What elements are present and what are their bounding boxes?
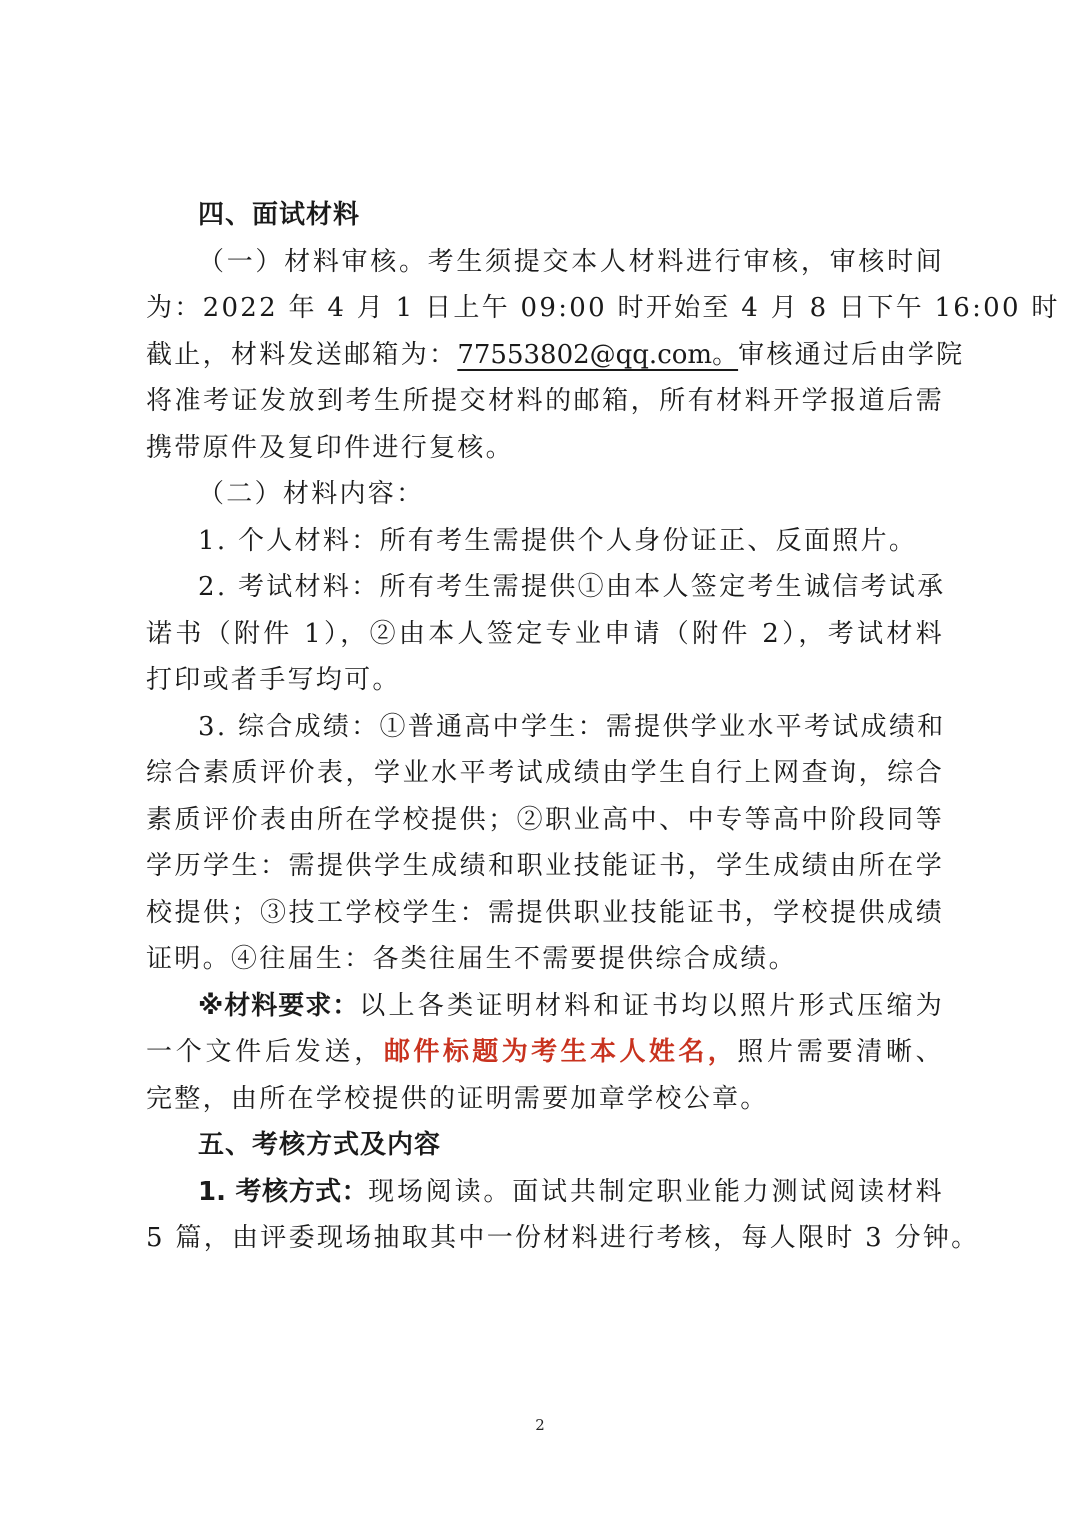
- document-page: 四、面试材料 （一）材料审核。考生须提交本人材料进行审核，审核时间 为：2022…: [0, 0, 1080, 1526]
- assessment-method-text: 现场阅读。面试共制定职业能力测试阅读材料: [368, 1177, 944, 1207]
- paragraph-material-review-line-4: 将准考证发放到考生所提交材料的邮箱，所有材料开学报道后需: [146, 378, 944, 425]
- page-number: 2: [0, 1416, 1080, 1434]
- section-4-heading: 四、面试材料: [146, 192, 944, 239]
- item-overall-score-line-6: 证明。④往届生：各类往届生不需要提供综合成绩。: [146, 936, 944, 983]
- item-overall-score-line-2: 综合素质评价表，学业水平考试成绩由学生自行上网查询，综合: [146, 750, 944, 797]
- requirement-label: ※材料要求：: [198, 991, 359, 1021]
- email-label: 截止，材料发送邮箱为：: [146, 340, 457, 370]
- item-overall-score-line-5: 校提供；③技工学校学生：需提供职业技能证书，学校提供成绩: [146, 890, 944, 937]
- photo-clarity-text: 照片需要清晰、: [737, 1037, 944, 1067]
- requirement-line-2: 一个文件后发送，邮件标题为考生本人姓名，照片需要清晰、: [146, 1029, 944, 1076]
- email-subject-highlight: 邮件标题为考生本人姓名，: [384, 1037, 737, 1067]
- paragraph-material-review-line-1: （一）材料审核。考生须提交本人材料进行审核，审核时间: [146, 239, 944, 286]
- material-content-heading: （二）材料内容：: [146, 471, 944, 518]
- review-pass-text: 审核通过后由学院: [738, 340, 964, 370]
- email-link[interactable]: 77553802@qq.com。: [457, 340, 738, 370]
- paragraph-material-review-line-2: 为：2022 年 4 月 1 日上午 09:00 时开始至 4 月 8 日下午 …: [146, 285, 944, 332]
- requirement-line-3: 完整，由所在学校提供的证明需要加章学校公章。: [146, 1076, 944, 1123]
- section-5-heading: 五、考核方式及内容: [146, 1122, 944, 1169]
- assessment-method-line-2: 5 篇，由评委现场抽取其中一份材料进行考核，每人限时 3 分钟。: [146, 1215, 944, 1262]
- paragraph-material-review-line-5: 携带原件及复印件进行复核。: [146, 425, 944, 472]
- item-exam-materials-line-1: 2. 考试材料：所有考生需提供①由本人签定考生诚信考试承: [146, 564, 944, 611]
- item-exam-materials-line-3: 打印或者手写均可。: [146, 657, 944, 704]
- item-exam-materials-line-2: 诺书（附件 1），②由本人签定专业申请（附件 2），考试材料: [146, 611, 944, 658]
- item-overall-score-line-1: 3. 综合成绩：①普通高中学生：需提供学业水平考试成绩和: [146, 704, 944, 751]
- paragraph-material-review-line-3: 截止，材料发送邮箱为：77553802@qq.com。审核通过后由学院: [146, 332, 944, 379]
- requirement-line-1: ※材料要求：以上各类证明材料和证书均以照片形式压缩为: [146, 983, 944, 1030]
- item-overall-score-line-3: 素质评价表由所在学校提供；②职业高中、中专等高中阶段同等: [146, 797, 944, 844]
- item-personal-materials: 1. 个人材料：所有考生需提供个人身份证正、反面照片。: [146, 518, 944, 565]
- assessment-method-label: 1. 考核方式：: [198, 1177, 368, 1207]
- item-overall-score-line-4: 学历学生：需提供学生成绩和职业技能证书，学生成绩由所在学: [146, 843, 944, 890]
- document-body: 四、面试材料 （一）材料审核。考生须提交本人材料进行审核，审核时间 为：2022…: [146, 192, 944, 1262]
- assessment-method-line-1: 1. 考核方式：现场阅读。面试共制定职业能力测试阅读材料: [146, 1169, 944, 1216]
- requirement-send-text: 一个文件后发送，: [146, 1037, 384, 1067]
- requirement-text: 以上各类证明材料和证书均以照片形式压缩为: [359, 991, 944, 1021]
